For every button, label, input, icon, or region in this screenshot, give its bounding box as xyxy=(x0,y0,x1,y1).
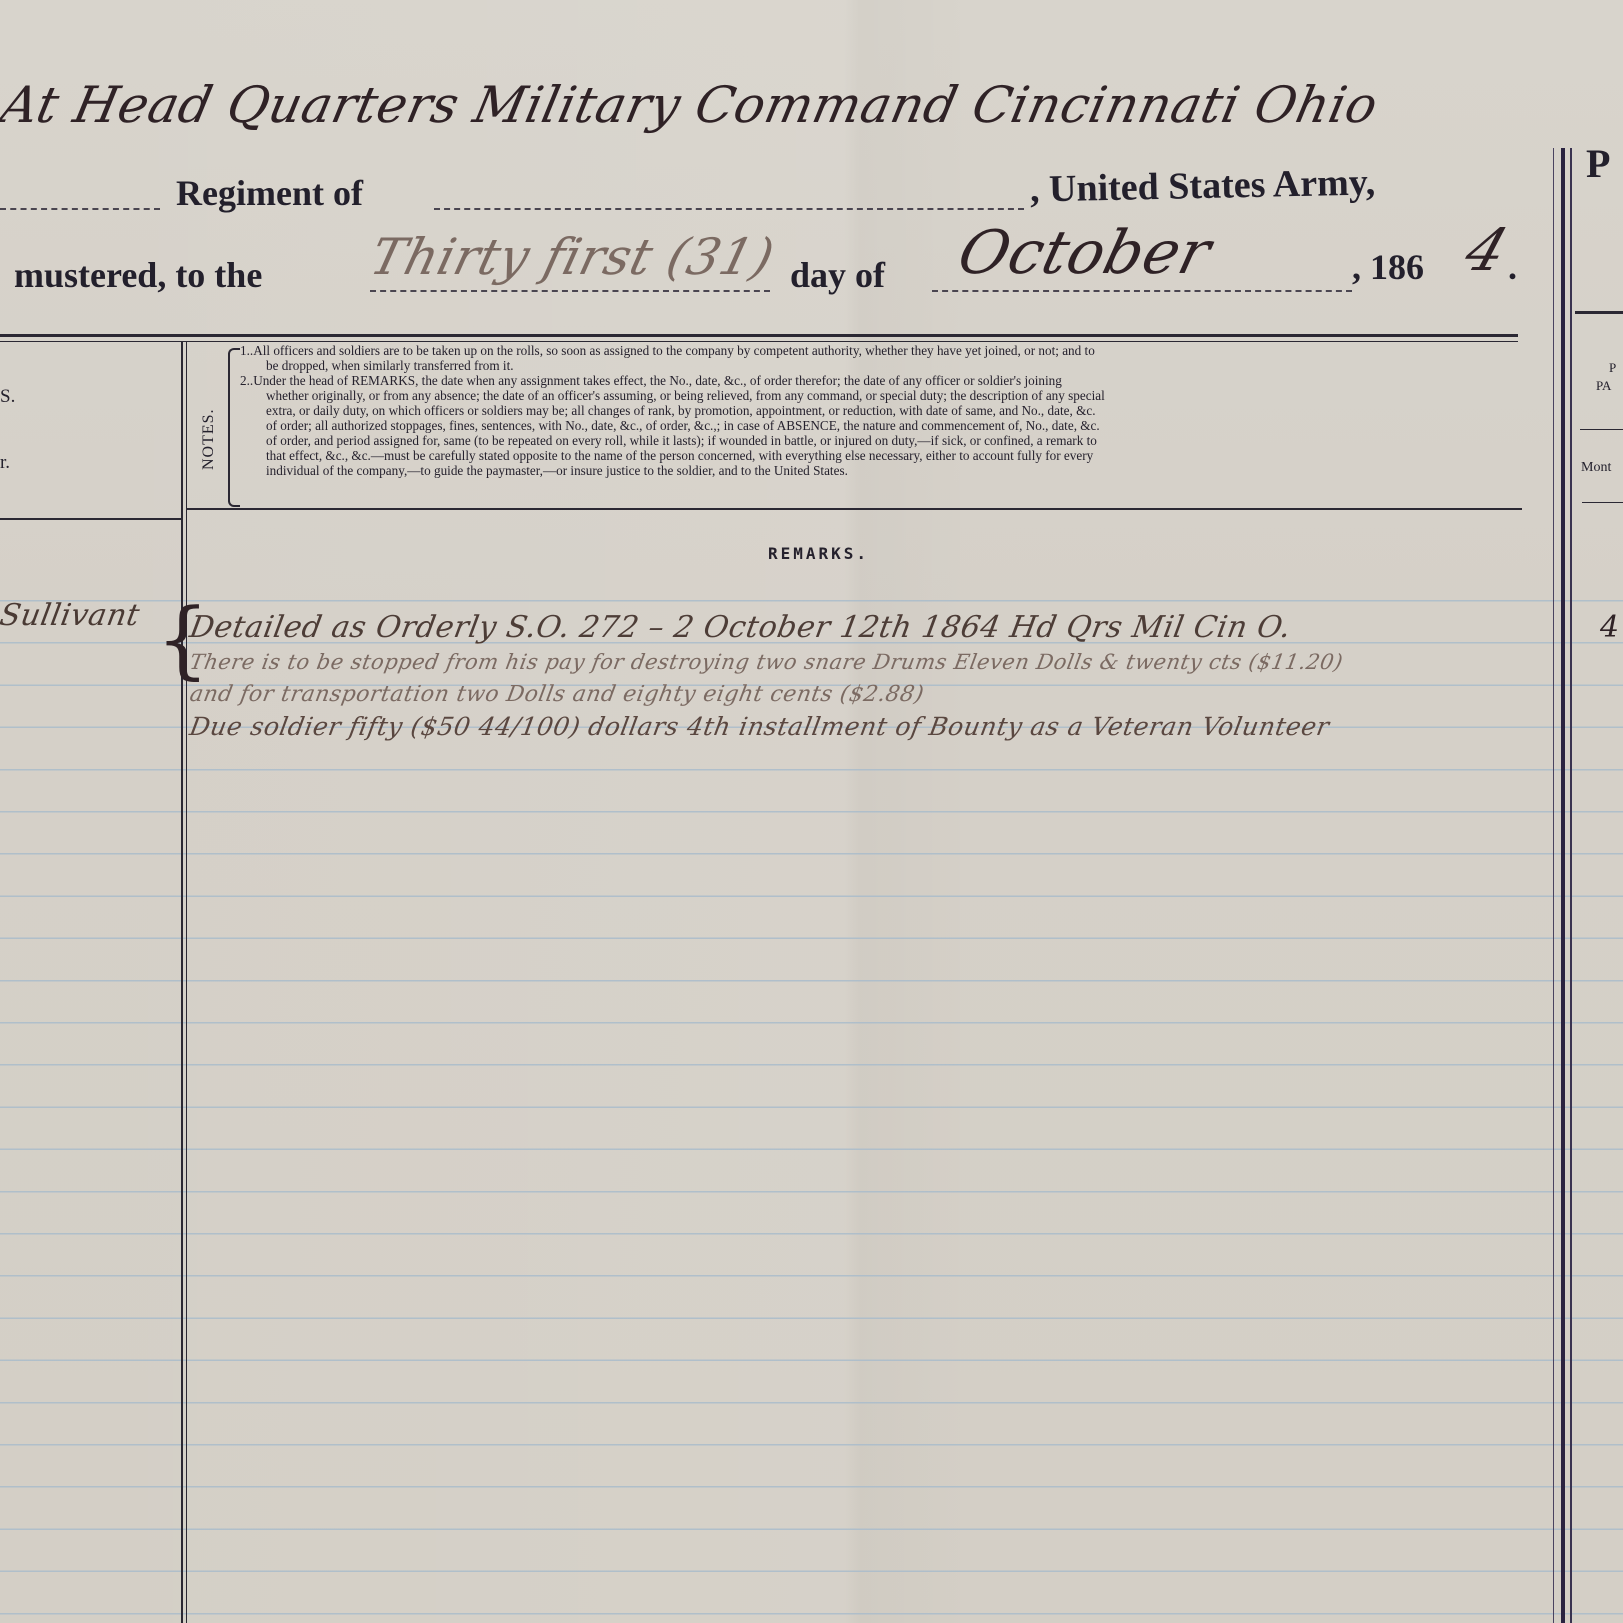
day-label: day of xyxy=(790,254,885,296)
soldier-name-fragment: Sullivant xyxy=(0,598,142,633)
right-border-line-2 xyxy=(1561,148,1565,1623)
mustered-label: mustered, to the xyxy=(14,254,262,296)
note-line: whether originally, or from any absence;… xyxy=(240,388,1525,403)
right-border-line-3 xyxy=(1570,148,1572,1623)
day-handwritten: Thirty first (31) xyxy=(365,228,780,286)
left-column-fragment-2: r. xyxy=(0,452,10,474)
remark-entry-3: and for transportation two Dolls and eig… xyxy=(188,682,926,707)
notes-block: 1..All officers and soldiers are to be t… xyxy=(240,343,1525,478)
remark-entry-2: There is to be stopped from his pay for … xyxy=(188,650,1345,674)
regiment-label: Regiment of xyxy=(176,172,363,214)
note-line: 1..All officers and soldiers are to be t… xyxy=(240,343,1525,358)
right-column-fragment-1: P xyxy=(1609,360,1616,376)
note-line: of order, and period assigned for, same … xyxy=(240,433,1525,448)
year-printed: , 186 xyxy=(1352,246,1424,288)
remark-entry-4: Due soldier fifty ($50 44/100) dollars 4… xyxy=(187,712,1331,741)
left-column-fragment-1: S. xyxy=(0,386,15,408)
header-rule-thick xyxy=(0,334,1518,337)
note-line: 2..Under the head of REMARKS, the date w… xyxy=(240,373,1525,388)
right-header-letter: P xyxy=(1586,140,1610,187)
right-header-rule xyxy=(1575,311,1623,314)
note-line: be dropped, when similarly transferred f… xyxy=(240,358,1525,373)
blank-line xyxy=(0,208,160,210)
note-line: individual of the company,—to guide the … xyxy=(240,463,1525,478)
notes-rule xyxy=(187,508,1522,510)
right-column-rule-1 xyxy=(1580,429,1623,430)
remark-entry-1: Detailed as Orderly S.O. 272 – 2 October… xyxy=(187,610,1294,645)
month-field xyxy=(932,290,1352,292)
army-label: , United States Army, xyxy=(1030,160,1376,211)
note-line: extra, or daily duty, on which officers … xyxy=(240,403,1525,418)
remarks-title: REMARKS. xyxy=(768,544,869,563)
regiment-field xyxy=(434,208,1024,210)
right-column-value: 4 xyxy=(1600,610,1620,645)
station-handwritten: At Head Quarters Military Command Cincin… xyxy=(0,76,1383,134)
right-column-rule-2 xyxy=(1582,502,1623,503)
left-column-divider-2 xyxy=(186,342,187,1623)
notes-brace xyxy=(228,348,240,507)
left-column-rule xyxy=(0,518,182,520)
left-column-divider xyxy=(181,342,183,1623)
month-handwritten: October xyxy=(951,218,1218,288)
note-line: of order; all authorized stoppages, fine… xyxy=(240,418,1525,433)
day-field xyxy=(370,290,770,292)
right-column-fragment-3: Mont xyxy=(1581,460,1611,476)
right-column-fragment-2: PA xyxy=(1596,378,1611,394)
right-border-line-1 xyxy=(1553,148,1554,1623)
note-line: that effect, &c., &c.—must be carefully … xyxy=(240,448,1525,463)
header-rule-thin xyxy=(0,341,1518,342)
notes-label: NOTES. xyxy=(200,408,218,470)
year-period: . xyxy=(1508,246,1517,288)
